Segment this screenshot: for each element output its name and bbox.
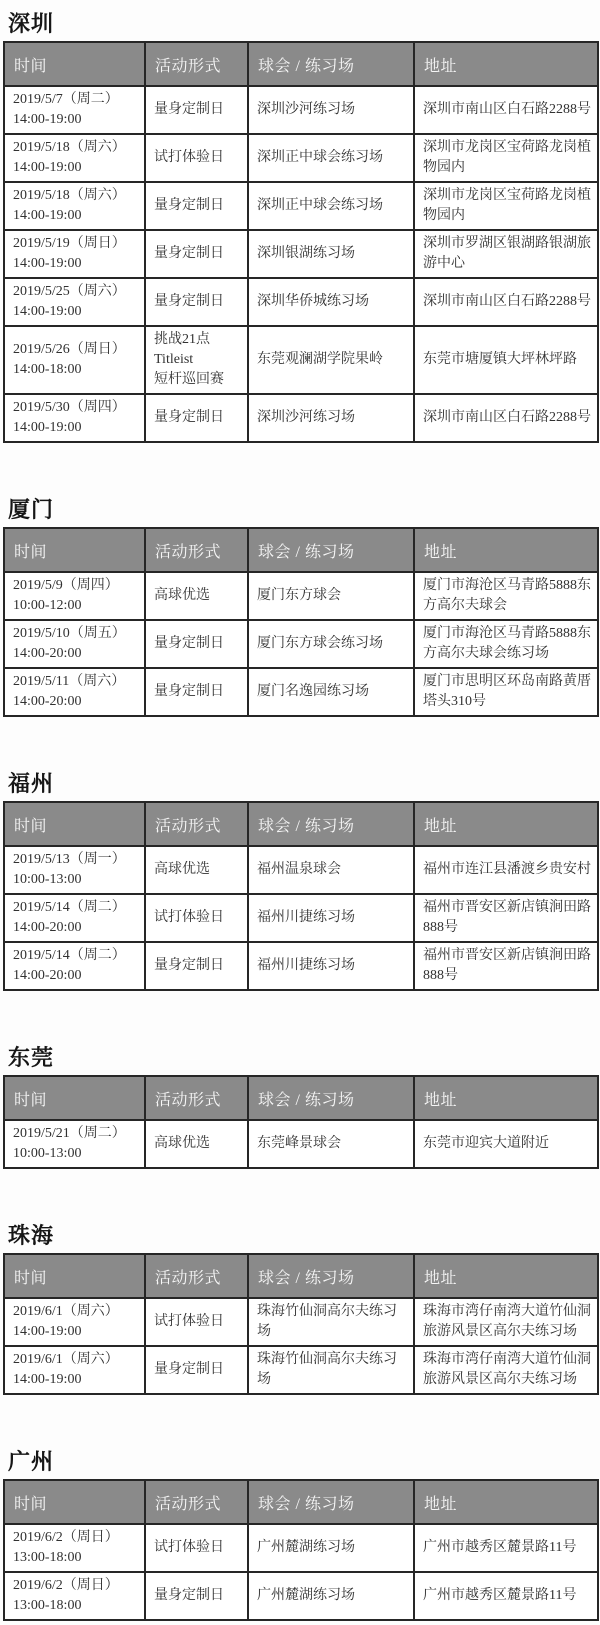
cell-venue: 珠海竹仙洞高尔夫练习场 [248,1298,414,1346]
cell-address: 深圳市南山区白石路2288号 [414,86,598,134]
table-header-row: 时间 活动形式 球会 / 练习场 地址 [4,528,598,572]
table-row: 2019/5/13（周一） 10:00-13:00高球优选福州温泉球会福州市连江… [4,846,598,894]
cell-venue: 厦门东方球会练习场 [248,620,414,668]
city-title: 厦门 [8,497,597,523]
col-header-activity: 活动形式 [145,1076,248,1120]
schedule-table: 时间 活动形式 球会 / 练习场 地址 2019/5/21（周二） 10:00-… [3,1075,599,1169]
city-title: 福州 [8,771,597,797]
cell-activity: 量身定制日 [145,1346,248,1394]
table-row: 2019/5/18（周六） 14:00-19:00试打体验日深圳正中球会练习场深… [4,134,598,182]
table-body: 2019/5/13（周一） 10:00-13:00高球优选福州温泉球会福州市连江… [4,846,598,990]
table-row: 2019/5/9（周四） 10:00-12:00高球优选厦门东方球会厦门市海沧区… [4,572,598,620]
cell-activity: 试打体验日 [145,894,248,942]
cell-address: 厦门市海沧区马青路5888东方高尔夫球会练习场 [414,620,598,668]
table-header-row: 时间 活动形式 球会 / 练习场 地址 [4,1254,598,1298]
city-section: 广州 时间 活动形式 球会 / 练习场 地址 2019/6/2（周日） 13:0… [3,1449,597,1621]
table-body: 2019/5/7（周二） 14:00-19:00量身定制日深圳沙河练习场深圳市南… [4,86,598,442]
col-header-activity: 活动形式 [145,528,248,572]
cell-time: 2019/5/9（周四） 10:00-12:00 [4,572,145,620]
cell-venue: 深圳华侨城练习场 [248,278,414,326]
cell-activity: 高球优选 [145,1120,248,1168]
table-row: 2019/5/7（周二） 14:00-19:00量身定制日深圳沙河练习场深圳市南… [4,86,598,134]
cell-activity: 量身定制日 [145,942,248,990]
cell-address: 深圳市龙岗区宝荷路龙岗植物园内 [414,134,598,182]
city-section: 东莞 时间 活动形式 球会 / 练习场 地址 2019/5/21（周二） 10:… [3,1045,597,1169]
cell-activity: 量身定制日 [145,278,248,326]
schedule-table: 时间 活动形式 球会 / 练习场 地址 2019/6/1（周六） 14:00-1… [3,1253,599,1395]
cell-address: 东莞市迎宾大道附近 [414,1120,598,1168]
cell-address: 福州市连江县潘渡乡贵安村 [414,846,598,894]
cell-venue: 福州温泉球会 [248,846,414,894]
col-header-time: 时间 [4,1480,145,1524]
col-header-venue: 球会 / 练习场 [248,528,414,572]
col-header-venue: 球会 / 练习场 [248,1254,414,1298]
city-title: 广州 [8,1449,597,1475]
table-body: 2019/5/9（周四） 10:00-12:00高球优选厦门东方球会厦门市海沧区… [4,572,598,716]
table-body: 2019/5/21（周二） 10:00-13:00高球优选东莞峰景球会东莞市迎宾… [4,1120,598,1168]
col-header-address: 地址 [414,42,598,86]
cell-address: 珠海市湾仔南湾大道竹仙洞旅游风景区高尔夫练习场 [414,1346,598,1394]
table-row: 2019/5/25（周六） 14:00-19:00量身定制日深圳华侨城练习场深圳… [4,278,598,326]
cell-time: 2019/5/14（周二） 14:00-20:00 [4,894,145,942]
cell-address: 珠海市湾仔南湾大道竹仙洞旅游风景区高尔夫练习场 [414,1298,598,1346]
cell-time: 2019/5/10（周五） 14:00-20:00 [4,620,145,668]
cell-address: 广州市越秀区麓景路11号 [414,1572,598,1620]
table-row: 2019/6/2（周日） 13:00-18:00量身定制日广州麓湖练习场广州市越… [4,1572,598,1620]
city-title: 深圳 [8,11,597,37]
table-row: 2019/5/30（周四） 14:00-19:00量身定制日深圳沙河练习场深圳市… [4,394,598,442]
cell-time: 2019/5/25（周六） 14:00-19:00 [4,278,145,326]
col-header-time: 时间 [4,528,145,572]
city-section: 厦门 时间 活动形式 球会 / 练习场 地址 2019/5/9（周四） 10:0… [3,497,597,717]
cell-venue: 深圳沙河练习场 [248,86,414,134]
schedule-table: 时间 活动形式 球会 / 练习场 地址 2019/5/7（周二） 14:00-1… [3,41,599,443]
col-header-address: 地址 [414,528,598,572]
table-header-row: 时间 活动形式 球会 / 练习场 地址 [4,802,598,846]
col-header-time: 时间 [4,802,145,846]
schedule-table: 时间 活动形式 球会 / 练习场 地址 2019/5/9（周四） 10:00-1… [3,527,599,717]
cell-activity: 高球优选 [145,846,248,894]
table-header-row: 时间 活动形式 球会 / 练习场 地址 [4,1480,598,1524]
col-header-address: 地址 [414,1480,598,1524]
cell-time: 2019/6/2（周日） 13:00-18:00 [4,1524,145,1572]
table-header-row: 时间 活动形式 球会 / 练习场 地址 [4,42,598,86]
col-header-activity: 活动形式 [145,42,248,86]
table-row: 2019/5/14（周二） 14:00-20:00试打体验日福州川捷练习场福州市… [4,894,598,942]
col-header-address: 地址 [414,1076,598,1120]
cell-venue: 厦门名逸园练习场 [248,668,414,716]
cell-venue: 深圳正中球会练习场 [248,134,414,182]
cell-address: 深圳市罗湖区银湖路银湖旅游中心 [414,230,598,278]
cell-time: 2019/5/26（周日） 14:00-18:00 [4,326,145,394]
col-header-activity: 活动形式 [145,802,248,846]
city-section: 福州 时间 活动形式 球会 / 练习场 地址 2019/5/13（周一） 10:… [3,771,597,991]
cell-venue: 广州麓湖练习场 [248,1524,414,1572]
table-row: 2019/5/11（周六） 14:00-20:00量身定制日厦门名逸园练习场厦门… [4,668,598,716]
cell-time: 2019/5/11（周六） 14:00-20:00 [4,668,145,716]
table-row: 2019/6/2（周日） 13:00-18:00试打体验日广州麓湖练习场广州市越… [4,1524,598,1572]
table-row: 2019/6/1（周六） 14:00-19:00试打体验日珠海竹仙洞高尔夫练习场… [4,1298,598,1346]
cell-time: 2019/5/14（周二） 14:00-20:00 [4,942,145,990]
cell-venue: 珠海竹仙洞高尔夫练习场 [248,1346,414,1394]
cell-time: 2019/5/13（周一） 10:00-13:00 [4,846,145,894]
cell-address: 深圳市南山区白石路2288号 [414,394,598,442]
cell-activity: 量身定制日 [145,230,248,278]
schedule-page: 深圳 时间 活动形式 球会 / 练习场 地址 2019/5/7（周二） 14:0… [0,0,600,1621]
table-header-row: 时间 活动形式 球会 / 练习场 地址 [4,1076,598,1120]
cell-time: 2019/6/2（周日） 13:00-18:00 [4,1572,145,1620]
cell-venue: 东莞峰景球会 [248,1120,414,1168]
col-header-venue: 球会 / 练习场 [248,42,414,86]
city-sections: 深圳 时间 活动形式 球会 / 练习场 地址 2019/5/7（周二） 14:0… [3,11,597,1621]
cell-venue: 福州川捷练习场 [248,942,414,990]
cell-activity: 试打体验日 [145,1298,248,1346]
col-header-address: 地址 [414,802,598,846]
cell-time: 2019/5/19（周日） 14:00-19:00 [4,230,145,278]
cell-address: 厦门市海沧区马青路5888东方高尔夫球会 [414,572,598,620]
cell-time: 2019/6/1（周六） 14:00-19:00 [4,1298,145,1346]
schedule-table: 时间 活动形式 球会 / 练习场 地址 2019/5/13（周一） 10:00-… [3,801,599,991]
col-header-address: 地址 [414,1254,598,1298]
city-section: 珠海 时间 活动形式 球会 / 练习场 地址 2019/6/1（周六） 14:0… [3,1223,597,1395]
cell-activity: 量身定制日 [145,668,248,716]
cell-venue: 深圳银湖练习场 [248,230,414,278]
cell-address: 福州市晋安区新店镇涧田路888号 [414,942,598,990]
cell-activity: 量身定制日 [145,182,248,230]
col-header-venue: 球会 / 练习场 [248,1480,414,1524]
col-header-time: 时间 [4,1254,145,1298]
table-row: 2019/5/14（周二） 14:00-20:00量身定制日福州川捷练习场福州市… [4,942,598,990]
cell-activity: 量身定制日 [145,394,248,442]
col-header-venue: 球会 / 练习场 [248,802,414,846]
cell-address: 东莞市塘厦镇大坪林坪路 [414,326,598,394]
cell-time: 2019/5/30（周四） 14:00-19:00 [4,394,145,442]
table-body: 2019/6/2（周日） 13:00-18:00试打体验日广州麓湖练习场广州市越… [4,1524,598,1620]
cell-activity: 挑战21点 Titleist 短杆巡回赛 [145,326,248,394]
table-row: 2019/5/10（周五） 14:00-20:00量身定制日厦门东方球会练习场厦… [4,620,598,668]
cell-venue: 厦门东方球会 [248,572,414,620]
table-row: 2019/5/26（周日） 14:00-18:00挑战21点 Titleist … [4,326,598,394]
table-row: 2019/6/1（周六） 14:00-19:00量身定制日珠海竹仙洞高尔夫练习场… [4,1346,598,1394]
cell-venue: 广州麓湖练习场 [248,1572,414,1620]
cell-activity: 量身定制日 [145,1572,248,1620]
col-header-time: 时间 [4,42,145,86]
cell-time: 2019/5/7（周二） 14:00-19:00 [4,86,145,134]
cell-venue: 深圳正中球会练习场 [248,182,414,230]
schedule-table: 时间 活动形式 球会 / 练习场 地址 2019/6/2（周日） 13:00-1… [3,1479,599,1621]
cell-venue: 东莞观澜湖学院果岭 [248,326,414,394]
cell-time: 2019/5/18（周六） 14:00-19:00 [4,134,145,182]
cell-activity: 试打体验日 [145,1524,248,1572]
cell-time: 2019/5/18（周六） 14:00-19:00 [4,182,145,230]
cell-venue: 福州川捷练习场 [248,894,414,942]
cell-time: 2019/5/21（周二） 10:00-13:00 [4,1120,145,1168]
cell-activity: 量身定制日 [145,620,248,668]
cell-activity: 高球优选 [145,572,248,620]
cell-address: 深圳市南山区白石路2288号 [414,278,598,326]
table-row: 2019/5/18（周六） 14:00-19:00量身定制日深圳正中球会练习场深… [4,182,598,230]
cell-address: 福州市晋安区新店镇涧田路888号 [414,894,598,942]
table-row: 2019/5/21（周二） 10:00-13:00高球优选东莞峰景球会东莞市迎宾… [4,1120,598,1168]
cell-time: 2019/6/1（周六） 14:00-19:00 [4,1346,145,1394]
table-body: 2019/6/1（周六） 14:00-19:00试打体验日珠海竹仙洞高尔夫练习场… [4,1298,598,1394]
city-title: 珠海 [8,1223,597,1249]
cell-address: 深圳市龙岗区宝荷路龙岗植物园内 [414,182,598,230]
cell-venue: 深圳沙河练习场 [248,394,414,442]
cell-activity: 试打体验日 [145,134,248,182]
cell-address: 广州市越秀区麓景路11号 [414,1524,598,1572]
col-header-venue: 球会 / 练习场 [248,1076,414,1120]
col-header-activity: 活动形式 [145,1254,248,1298]
city-section: 深圳 时间 活动形式 球会 / 练习场 地址 2019/5/7（周二） 14:0… [3,11,597,443]
table-row: 2019/5/19（周日） 14:00-19:00量身定制日深圳银湖练习场深圳市… [4,230,598,278]
col-header-time: 时间 [4,1076,145,1120]
city-title: 东莞 [8,1045,597,1071]
cell-activity: 量身定制日 [145,86,248,134]
col-header-activity: 活动形式 [145,1480,248,1524]
cell-address: 厦门市思明区环岛南路黄厝塔头310号 [414,668,598,716]
